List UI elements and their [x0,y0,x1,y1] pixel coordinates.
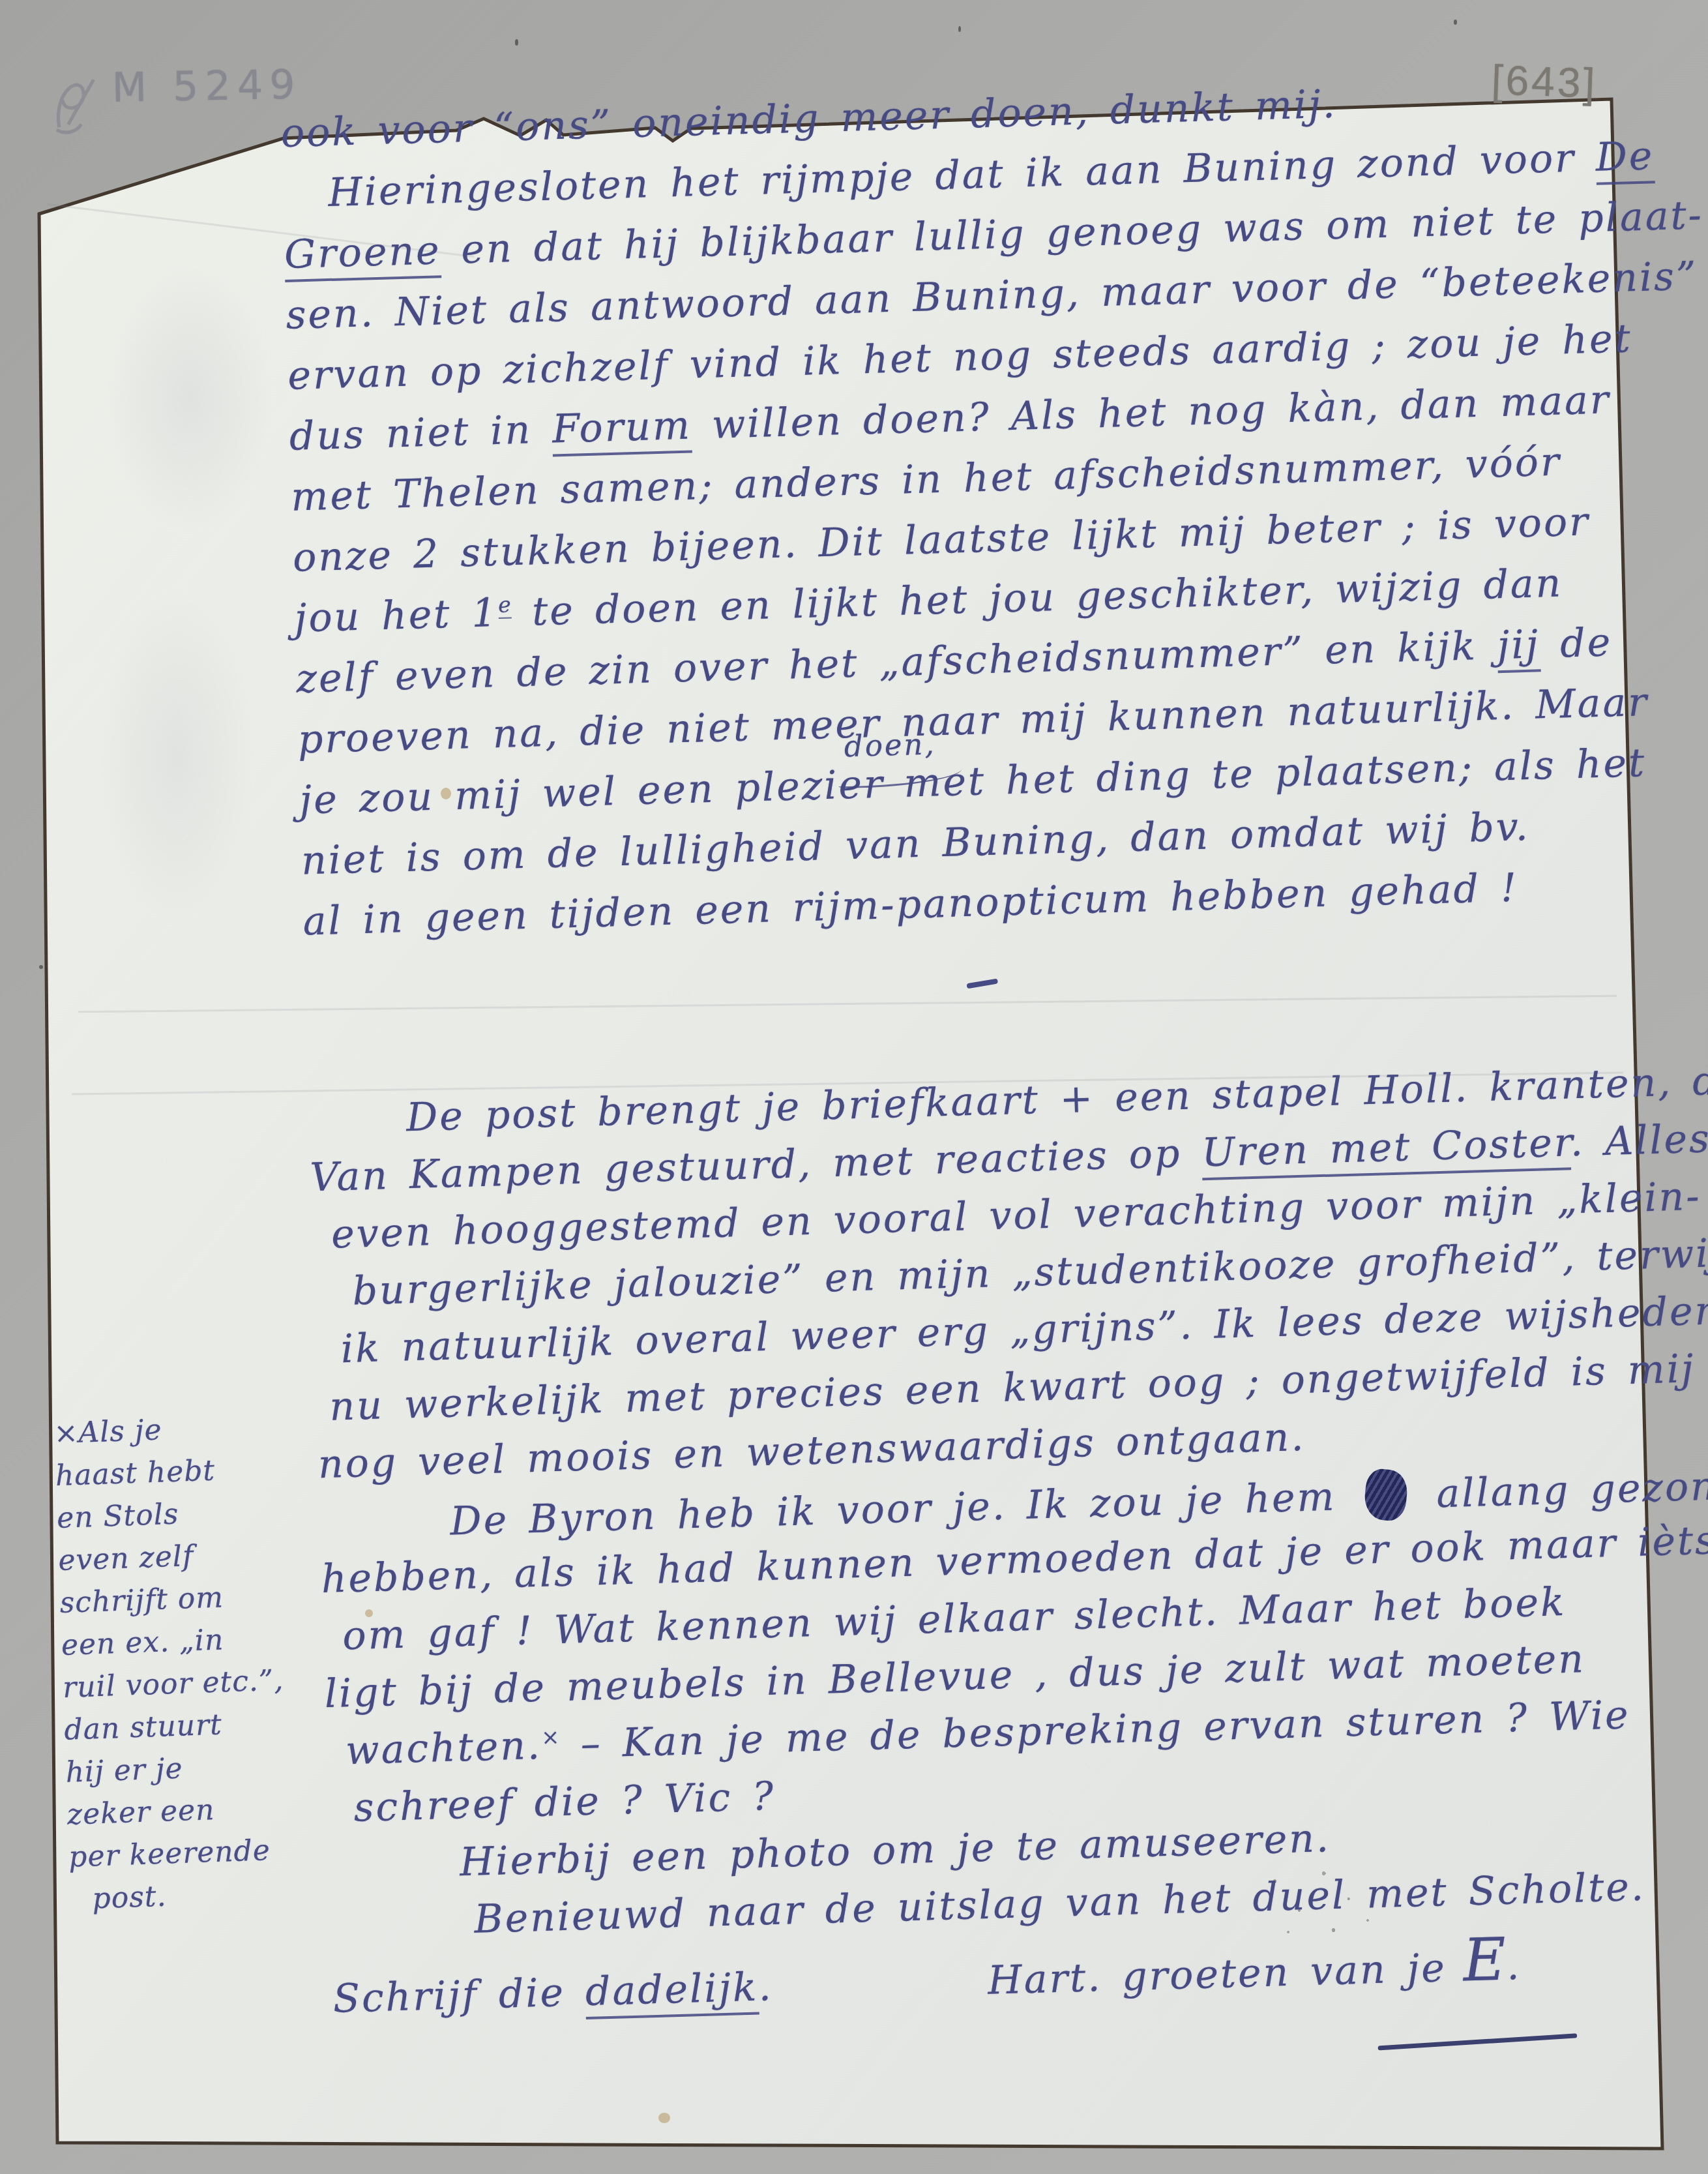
archive-stamp: M 5249 [52,61,302,137]
inserted-word: doen, [885,790,904,797]
ink-blot [1363,1468,1409,1523]
text-segment: jij [1497,621,1541,673]
text-segment: Forum [552,403,692,457]
text-segment: Groene [284,228,441,282]
text-segment: . Alles [1570,1116,1708,1165]
text-segment: e [498,591,512,619]
text-segment: . [758,1964,773,2010]
dust-speck [1454,20,1457,25]
margin-note-line: hij er je [65,1744,288,1794]
letter-body: ook voor “ons” oneindig meer doen, dunkt… [280,72,1708,2016]
inserted-word-text: doen, [844,726,936,764]
text-segment: wachten. [345,1723,542,1774]
text-segment: × [541,1724,561,1750]
text-segment: jou het 1 [294,590,499,642]
stamp-monogram-icon [52,64,109,136]
margin-note-line: en Stols [56,1489,279,1540]
letter-paragraph-2: De post brengt je briefkaart + een stape… [308,1059,1708,2015]
margin-note-line: dan stuurt [63,1701,286,1751]
dust-speck [39,965,43,969]
text-segment: De [1595,133,1655,185]
signature-initial: E [1445,1926,1508,1996]
letter-paragraph-1: ook voor “ons” oneindig meer doen, dunkt… [280,72,1679,959]
text-segment: . [1506,1943,1522,1989]
scanned-letter-page: M 5249 [643] ook voor “ons” oneindig mee… [0,0,1708,2174]
margin-note-line: haast hebt [55,1447,278,1497]
text-segment: Schrijf die [332,1969,586,2022]
margin-note-line: ruil voor etc.”, [62,1659,285,1709]
dust-speck [515,39,518,46]
margin-note-line: een ex. „in [61,1616,284,1667]
stamp-number: M 5249 [111,61,302,112]
text-segment: Uren met Coster [1201,1120,1571,1180]
dust-speck [958,26,961,32]
margin-note-line: schrijft om [59,1574,282,1624]
margin-note-line: ×Als je [53,1405,276,1455]
margin-note-line: zeker een [66,1786,289,1836]
foxing-spot [658,2113,670,2123]
text-segment: dus niet in [289,407,553,460]
margin-note-line: per keerende [68,1828,291,1879]
separator-dash [966,979,998,989]
margin-note: ×Als jehaast hebten Stolseven zelfschrij… [53,1405,292,1920]
text-segment: allang gezonden [1415,1461,1708,1517]
text-segment: dadelijk [585,1965,759,2019]
margin-note-line: post. [69,1871,292,1921]
margin-note-line: even zelf [57,1532,280,1582]
text-segment: de [1539,619,1613,667]
